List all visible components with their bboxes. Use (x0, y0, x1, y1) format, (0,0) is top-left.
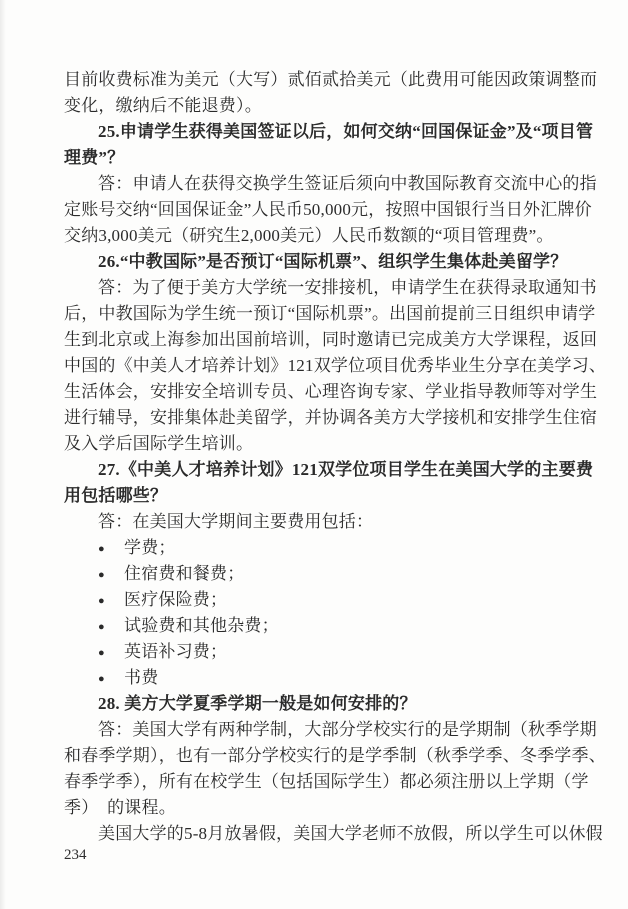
body-text-line: 定账号交纳“回国保证金”人民币50,000元，按照中国银行当日外汇牌价 (64, 197, 588, 223)
bullet-icon: ● (98, 640, 124, 666)
body-text-line: 中国的《中美人才培养计划》121双学位项目优秀毕业生分享在美学习、 (64, 353, 588, 379)
bullet-text: 医疗保险费； (124, 590, 227, 609)
bullet-icon: ● (98, 562, 124, 588)
body-text-line: 变化，缴纳后不能退费）。 (64, 93, 588, 119)
question-line: 28. 美方大学夏季学期一般是如何安排的？ (64, 691, 588, 717)
document-page: 目前收费标准为美元（大写）贰佰贰拾美元（此费用可能因政策调整而变化，缴纳后不能退… (0, 0, 628, 909)
body-text-line: 答：在美国大学期间主要费用包括： (64, 509, 588, 535)
question-line: 27.《中美人才培养计划》121双学位项目学生在美国大学的主要费 (64, 457, 588, 483)
bullet-item: ●医疗保险费； (64, 587, 588, 613)
question-line: 26.“中教国际”是否预订“国际机票”、组织学生集体赴美留学？ (64, 249, 588, 275)
body-text-line: 答：美国大学有两种学制，大部分学校实行的是学期制（秋季学期 (64, 717, 588, 743)
question-line: 25.申请学生获得美国签证以后，如何交纳“回国保证金”及“项目管 (64, 119, 588, 145)
body-text-line: 答：为了便于美方大学统一安排接机，申请学生在获得录取通知书 (64, 275, 588, 301)
bullet-text: 书费 (124, 668, 158, 687)
body-text-line: 生到北京或上海参加出国前培训，同时邀请已完成美方大学课程，返回 (64, 327, 588, 353)
question-line: 用包括哪些？ (64, 483, 588, 509)
body-text-line: 交纳3,000美元（研究生2,000美元）人民币数额的“项目管理费”。 (64, 223, 588, 249)
bullet-icon: ● (98, 666, 124, 692)
body-text-line: 答：申请人在获得交换学生签证后须向中教国际教育交流中心的指 (64, 171, 588, 197)
bullet-icon: ● (98, 614, 124, 640)
bullet-item: ●书费 (64, 665, 588, 691)
bullet-item: ●试验费和其他杂费； (64, 613, 588, 639)
bullet-text: 试验费和其他杂费； (124, 616, 279, 635)
bullet-item: ●住宿费和餐费； (64, 561, 588, 587)
bullet-text: 住宿费和餐费； (124, 564, 244, 583)
bullet-icon: ● (98, 536, 124, 562)
bullet-text: 英语补习费； (124, 642, 227, 661)
text-flow: 目前收费标准为美元（大写）贰佰贰拾美元（此费用可能因政策调整而变化，缴纳后不能退… (64, 67, 588, 847)
body-text-line: 季） 的课程。 (64, 795, 588, 821)
page-number: 234 (64, 845, 87, 865)
body-text-line: 后，中教国际为学生统一预订“国际机票”。出国前提前三日组织申请学 (64, 301, 588, 327)
body-text-line: 目前收费标准为美元（大写）贰佰贰拾美元（此费用可能因政策调整而 (64, 67, 588, 93)
body-text-line: 及入学后国际学生培训。 (64, 431, 588, 457)
bullet-item: ●英语补习费； (64, 639, 588, 665)
body-text-line: 进行辅导，安排集体赴美留学，并协调各美方大学接机和安排学生住宿 (64, 405, 588, 431)
bullet-item: ●学费； (64, 535, 588, 561)
body-text-line: 生活体会，安排安全培训专员、心理咨询专家、学业指导教师等对学生 (64, 379, 588, 405)
body-text-line: 春季学季），所有在校学生（包括国际学生）都必须注册以上学期（学 (64, 769, 588, 795)
body-text-line: 美国大学的5-8月放暑假，美国大学老师不放假，所以学生可以休假 (64, 821, 588, 847)
body-text-line: 和春季学期），也有一部分学校实行的是学季制（秋季学季、冬季学季、 (64, 743, 588, 769)
page-edge-shadow (0, 0, 6, 909)
question-line: 理费”？ (64, 145, 588, 171)
bullet-text: 学费； (124, 538, 176, 557)
bullet-icon: ● (98, 588, 124, 614)
